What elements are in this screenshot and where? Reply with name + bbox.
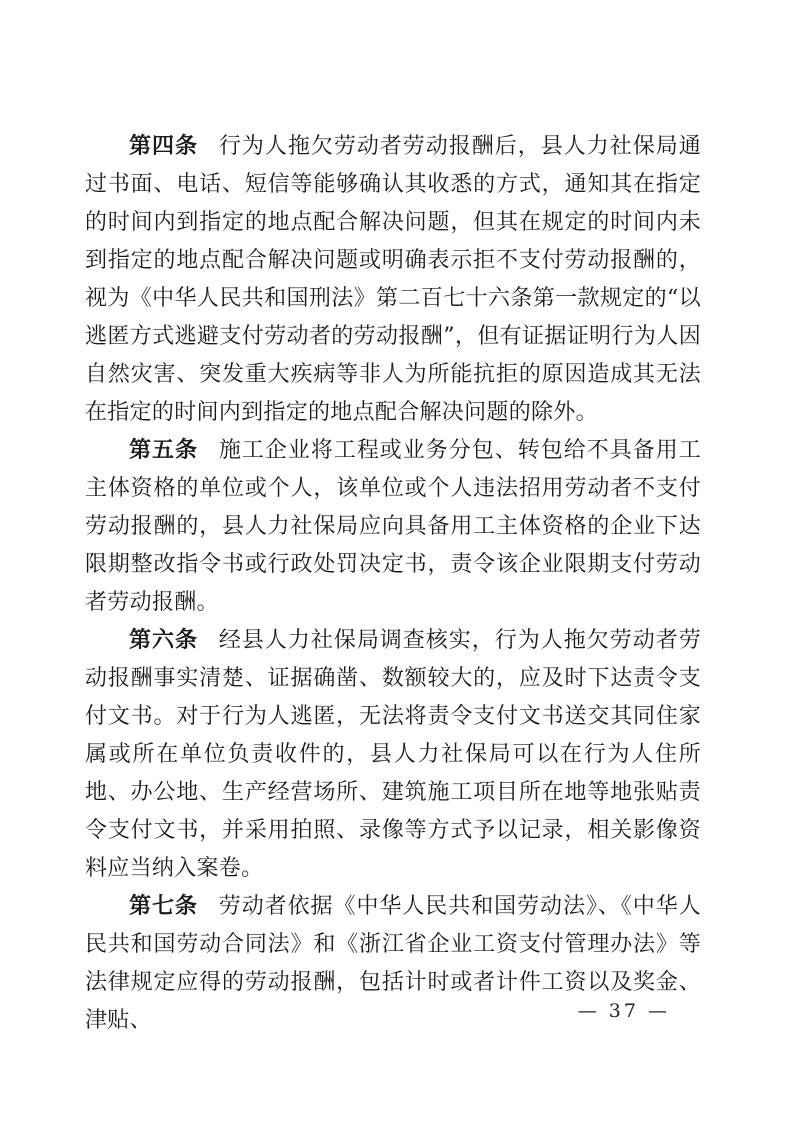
article-6-text: 经县人力社保局调查核实，行为人拖欠劳动者劳动报酬事实清楚、证据确凿、数额较大的，… [85, 628, 701, 881]
article-5-text: 施工企业将工程或业务分包、转包给不具备用工主体资格的单位或个人，该单位或个人违法… [85, 438, 701, 615]
document-content: 第四条行为人拖欠劳动者劳动报酬后，县人力社保局通过书面、电话、短信等能够确认其收… [85, 128, 701, 1040]
article-4-text: 行为人拖欠劳动者劳动报酬后，县人力社保局通过书面、电话、短信等能够确认其收悉的方… [85, 134, 701, 425]
article-5-label: 第五条 [129, 438, 198, 463]
article-7-label: 第七条 [129, 894, 198, 919]
page-number: — 37 — [578, 1000, 670, 1022]
article-4-label: 第四条 [129, 134, 198, 159]
article-paragraph-5: 第五条施工企业将工程或业务分包、转包给不具备用工主体资格的单位或个人，该单位或个… [85, 432, 701, 622]
article-paragraph-4: 第四条行为人拖欠劳动者劳动报酬后，县人力社保局通过书面、电话、短信等能够确认其收… [85, 128, 701, 432]
article-6-label: 第六条 [129, 628, 198, 653]
document-page: 第四条行为人拖欠劳动者劳动报酬后，县人力社保局通过书面、电话、短信等能够确认其收… [0, 0, 794, 1123]
article-paragraph-6: 第六条经县人力社保局调查核实，行为人拖欠劳动者劳动报酬事实清楚、证据确凿、数额较… [85, 622, 701, 888]
